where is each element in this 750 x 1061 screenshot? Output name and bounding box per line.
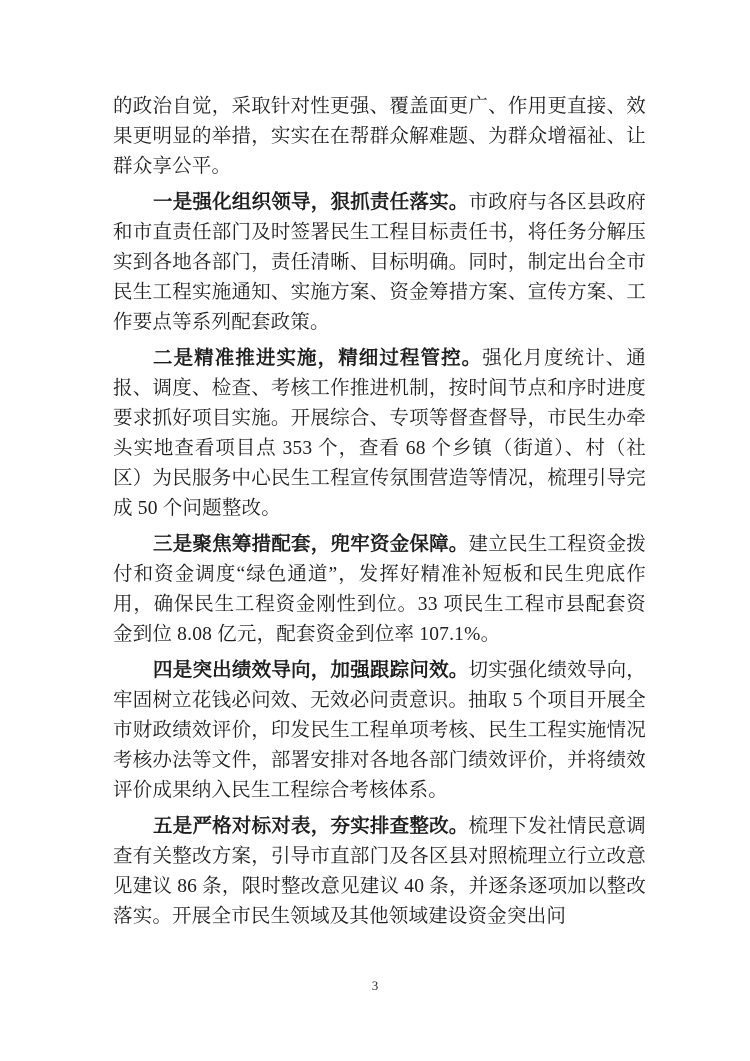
document-page: 的政治自觉，采取针对性更强、覆盖面更广、作用更直接、效果更明显的举措，实实在在帮…	[0, 0, 750, 1061]
page-number: 3	[0, 977, 750, 995]
paragraph: 一是强化组织领导，狠抓责任落实。市政府与各区县政府和市直责任部门及时签署民生工程…	[113, 188, 646, 338]
paragraph-lead: 二是精准推进实施，精细过程管控。	[153, 348, 482, 369]
paragraph: 二是精准推进实施，精细过程管控。强化月度统计、通报、调度、检查、考核工作推进机制…	[113, 344, 646, 524]
paragraph-lead: 一是强化组织领导，狠抓责任落实。	[153, 192, 469, 213]
paragraph-lead: 三是聚焦筹措配套，兜牢资金保障。	[153, 534, 469, 555]
paragraph-text: 的政治自觉，采取针对性更强、覆盖面更广、作用更直接、效果更明显的举措，实实在在帮…	[113, 96, 646, 177]
paragraph: 的政治自觉，采取针对性更强、覆盖面更广、作用更直接、效果更明显的举措，实实在在帮…	[113, 92, 646, 182]
paragraph-text: 切实强化绩效导向，牢固树立花钱必问效、无效必问责意识。抽取 5 个项目开展全市财…	[113, 660, 646, 801]
document-body: 的政治自觉，采取针对性更强、覆盖面更广、作用更直接、效果更明显的举措，实实在在帮…	[113, 92, 646, 938]
paragraph-lead: 五是严格对标对表，夯实排查整改。	[153, 816, 469, 837]
paragraph-text: 强化月度统计、通报、调度、检查、考核工作推进机制，按时间节点和序时进度要求抓好项…	[113, 348, 646, 519]
paragraph: 五是严格对标对表，夯实排查整改。梳理下发社情民意调查有关整改方案，引导市直部门及…	[113, 812, 646, 932]
paragraph-text: 市政府与各区县政府和市直责任部门及时签署民生工程目标责任书，将任务分解压实到各地…	[113, 192, 646, 333]
paragraph-lead: 四是突出绩效导向，加强跟踪问效。	[153, 660, 469, 681]
paragraph: 三是聚焦筹措配套，兜牢资金保障。建立民生工程资金拨付和资金调度“绿色通道”，发挥…	[113, 530, 646, 650]
paragraph: 四是突出绩效导向，加强跟踪问效。切实强化绩效导向，牢固树立花钱必问效、无效必问责…	[113, 656, 646, 806]
